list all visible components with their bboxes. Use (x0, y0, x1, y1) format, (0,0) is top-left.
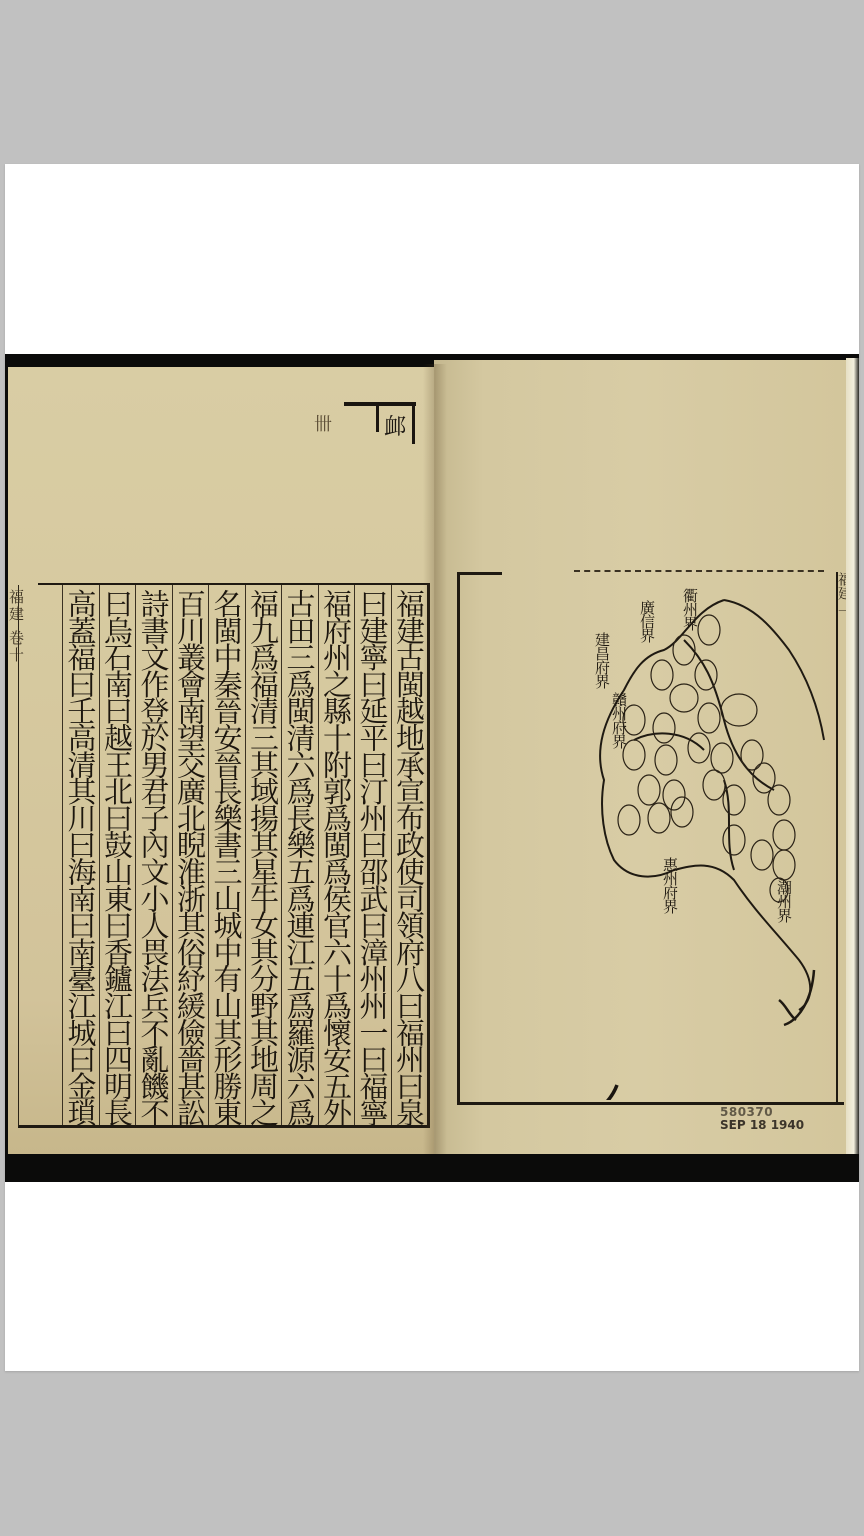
library-stamp: 580370 SEP 18 1940 (720, 1106, 804, 1132)
heading-vertical-rule (376, 402, 379, 432)
map-label: 衢州界 (682, 588, 698, 630)
page-edge (846, 358, 859, 1154)
text-columns: 福建古閩越地承宣布政使司領府八曰福州曰泉州曰興化 曰建寧曰延平曰汀州曰邵武曰漳州… (62, 585, 427, 1125)
fujian-map (574, 580, 834, 1100)
text-block: 福建 卷十 福建古閩越地承宣布政使司領府八曰福州曰泉州曰興化 曰建寧曰延平曰汀州… (18, 585, 430, 1128)
text-column: 曰烏石南曰越王北曰鼓山東曰香鑪江曰四明長樂曰高 (99, 585, 136, 1125)
scanned-page-spread[interactable]: 䘏 卌 福建 卷十 福建古閩越地承宣布政使司領府八曰福州曰泉州曰興化 曰建寧曰延… (5, 354, 859, 1182)
text-column: 福建古閩越地承宣布政使司領府八曰福州曰泉州曰興化 (391, 585, 428, 1125)
stamp-date: SEP 18 1940 (720, 1119, 804, 1132)
map-label: 惠州府界 (662, 857, 678, 913)
map-label: 贛州府界 (611, 692, 627, 748)
map-label: 建昌府界 (594, 632, 610, 688)
stamp-accession-number: 580370 (720, 1106, 804, 1119)
map-label: 廣信界 (639, 600, 655, 642)
text-column: 福九爲福清三其域揚其星牛女其分野其地周之七閩其 (245, 585, 282, 1125)
text-column: 高蓋福曰壬高清其川曰海南曰南臺江城曰金瑣江一名 (62, 585, 99, 1125)
text-column: 福府州之縣十附郭爲閩爲侯官六十爲懷安五外爲 (318, 585, 355, 1125)
map-label: 潮州界 (776, 880, 792, 922)
book-gutter (423, 364, 447, 1154)
heading-glyph: 䘏 (384, 410, 406, 441)
heading-vertical-rule-2 (412, 404, 415, 444)
text-column: 詩書文作登於男君子內文小人畏法兵不亂饑不荒其山鎮 (135, 585, 172, 1125)
left-page: 䘏 卌 福建 卷十 福建古閩越地承宣布政使司領府八曰福州曰泉州曰興化 曰建寧曰延… (8, 367, 434, 1154)
heading-rule (344, 402, 416, 406)
right-page: 福建 一 (434, 360, 846, 1154)
document-viewer: 䘏 卌 福建 卷十 福建古閩越地承宣布政使司領府八曰福州曰泉州曰興化 曰建寧曰延… (5, 164, 859, 1371)
map-right-rule (836, 572, 838, 1102)
left-margin-label: 福建 卷十 (9, 589, 27, 889)
text-column: 古田三爲閩清六爲長樂五爲連江五爲羅源六爲永 (281, 585, 318, 1125)
text-column: 曰建寧曰延平曰汀州曰邵武曰漳州州一曰福寧 (354, 585, 391, 1125)
text-column: 百川叢會南望交廣北睨淮浙其俗紓緩儉嗇甚訟好巫人習 (172, 585, 209, 1125)
page-heading-box: 䘏 卌 (306, 402, 418, 446)
heading-glyph-faint: 卌 (314, 410, 332, 436)
text-column: 名閩中秦晉安晉長樂書三山城中有山其形勝東帶滄溟 (208, 585, 245, 1125)
